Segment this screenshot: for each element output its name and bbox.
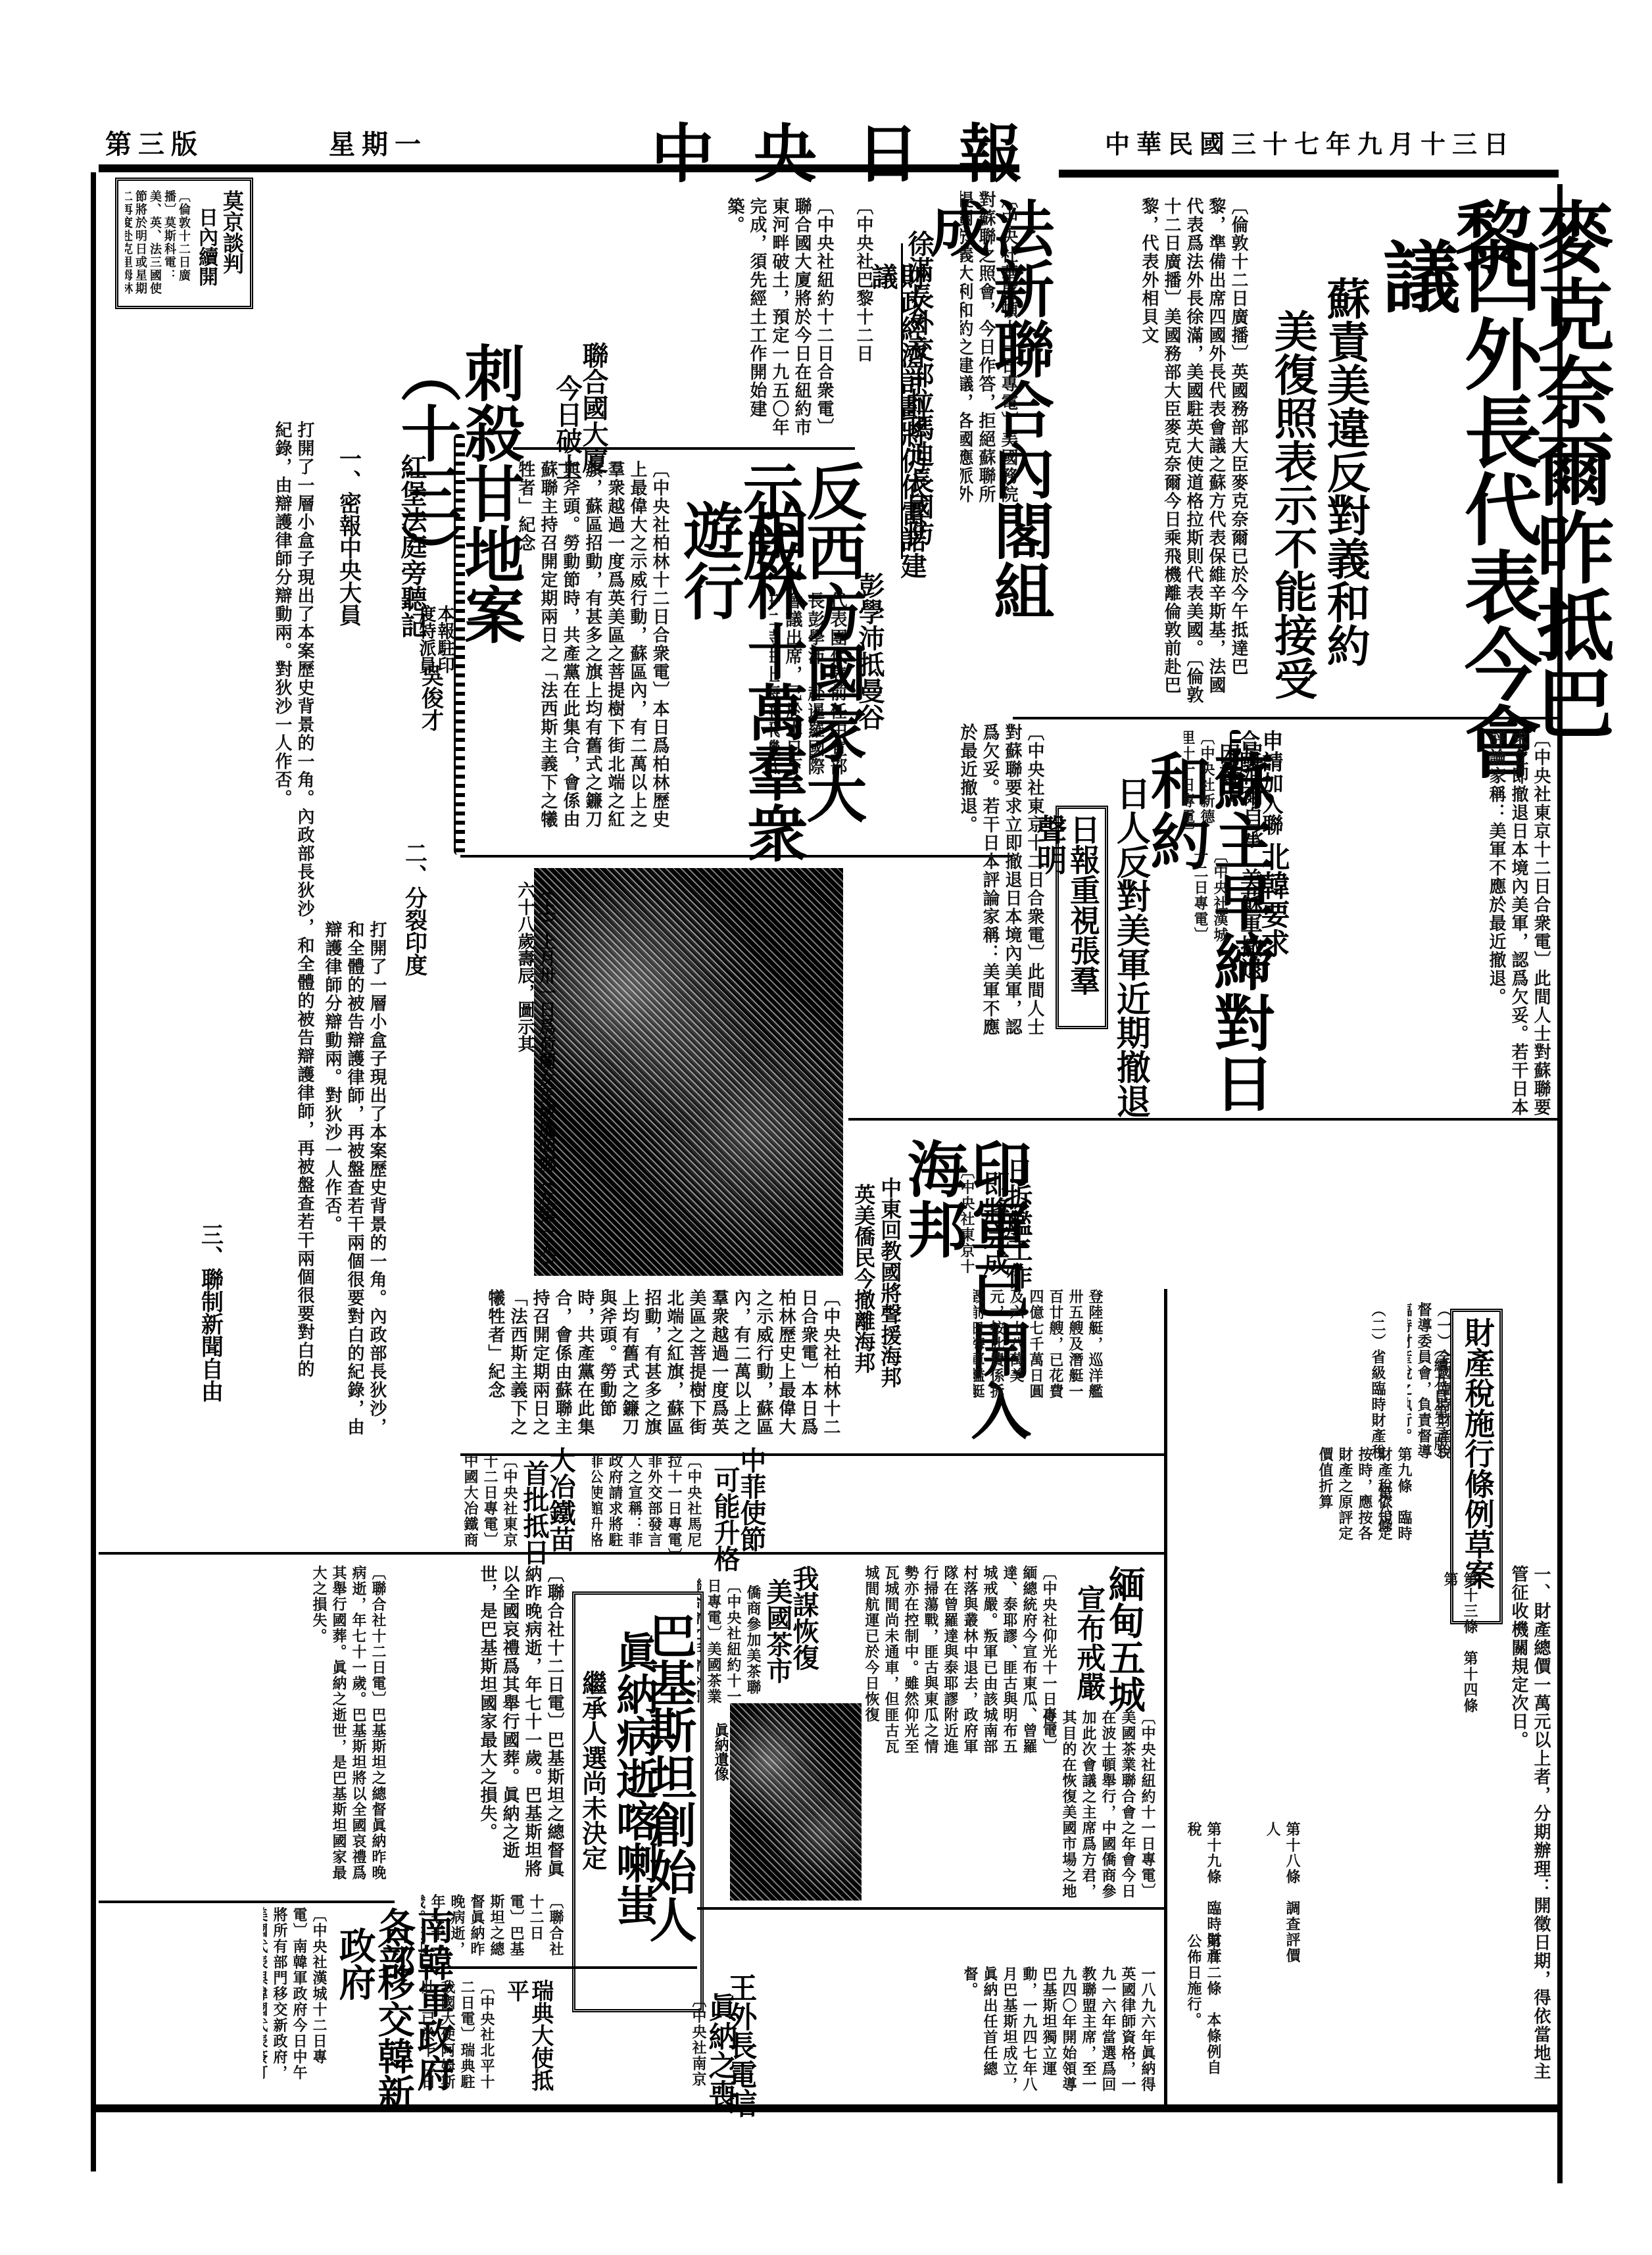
tax-item: （一）全國臨時財產稅督導委員會，負責督導臨時財產稅之執行。 xyxy=(1407,1302,1453,1460)
headline: 美國茶市 xyxy=(763,1578,792,1710)
subheadline: 蘇責美違反對義和約 xyxy=(1322,276,1367,723)
page-border-left xyxy=(91,172,96,2171)
article-body: 登陸艇，巡洋艦卅五艘及潛艇一百廿艘，已花費四億七千萬日圓及六十八萬美元，按此費係… xyxy=(973,1289,1105,1401)
byline-name: 吳俊才 xyxy=(418,664,442,769)
headline: 今移交韓新政府 xyxy=(335,1927,413,2124)
article-body: 〔聯合社十二日電〕巴基斯坦之總督眞納昨晚病逝，年七十一歲。巴基斯坦將以全國哀禮爲… xyxy=(421,1894,566,1960)
subheadline: 英美僑民今撤離海邦 xyxy=(852,1184,875,1447)
article-body: 一、財產總價一萬元以上者，分期辦理：開徵日期，得依當地主管征收機關規定次日。 xyxy=(1171,1565,1552,2091)
article-body: 〔中央社漢城十二日專電〕平壤共黨電台今日廣播稱：「韓國最高人民會 xyxy=(1190,848,1230,954)
article-body: 〔中央社柏林十二日合衆電〕本日爲柏林歷史上最偉大之示威行動，蘇區內，有二萬以上之… xyxy=(460,1289,842,1440)
headline: 日內續開 xyxy=(195,207,217,306)
photo-caption: （上）上月卅一日爲荷蘭女王威廉明娜（左第一人）六十八歲壽辰，圖示其 xyxy=(514,881,556,1289)
headline: 可能升格 xyxy=(710,1467,739,1598)
dateline: 〔中央社南京十二日電〕 xyxy=(692,1993,708,2098)
headline: 眞納之喪 xyxy=(704,1993,735,2150)
news-photo-jinnah-portrait xyxy=(730,1703,862,1901)
tax-item: （二）省級臨時財產稅 xyxy=(1368,1302,1388,1460)
divider xyxy=(513,447,855,450)
divider xyxy=(421,1966,697,1969)
headline: 美蘇軍撤退 xyxy=(1236,868,1261,1013)
weekday: 星期一 xyxy=(329,124,427,161)
article-moscow-talks: 莫京談判 日內續開 〔倫敦十二日廣播〕莫斯科電：美、英、法三國使節將於明日或星期… xyxy=(115,178,253,309)
newspaper-title: 中央日報 xyxy=(651,104,1061,194)
headline: 我謀恢復 xyxy=(789,1565,818,1697)
photo-caption: 眞納遺像 xyxy=(710,1723,731,1822)
column-divider xyxy=(454,434,465,855)
page-number: 第三版 xyxy=(105,124,204,161)
divider xyxy=(1013,717,1559,719)
article-body: 〔倫敦十二日廣播〕英國務部大臣麥克奈爾已於今午抵達巴黎，準備出席四國外長代表會議… xyxy=(1026,197,1250,710)
headline: 中菲使節 xyxy=(737,1447,765,1578)
headline: 瑞典大使抵平 xyxy=(503,1979,552,2098)
article-body: 〔中央社紐約十二日合衆電〕聯合國大廈將於今日在紐約市東河畔破土，預定一九五〇年完… xyxy=(612,197,835,447)
headline: 大冶鐵苗 xyxy=(546,1447,575,1578)
article-body: 〔中央社東京十二日合衆電〕此間人士對蘇聯要求立即撤退日本境內美軍，認爲欠妥。若干… xyxy=(848,723,1046,1052)
divider xyxy=(697,1907,1164,1910)
article-body: 〔中央社漢城十二日專電〕南韓軍政府今日中午將所有部門移交新政府，美國代表與韓國代… xyxy=(263,1907,329,2085)
publication-date: 中華民國三十七年九月十三日 xyxy=(1105,124,1515,160)
article-body: 〔中央社北平十二日電〕瑞典駐我國大使阿姆斯壯，已於十二日下午一時由京飛抵北平，外… xyxy=(421,1979,497,2098)
divider xyxy=(848,1118,1559,1121)
headline: 柏林十萬羣衆遊行 xyxy=(677,500,804,894)
headline: 法新聯合內閣組成 xyxy=(924,197,1051,644)
section-heading: 一、密報中央大員 xyxy=(335,447,360,644)
headline: 即將完成 xyxy=(980,1171,1009,1302)
subheadline: 美復照表示不能接受 xyxy=(1269,309,1315,756)
subheadline: 僑商參加美茶聯 xyxy=(743,1585,763,1716)
divider xyxy=(99,1552,1164,1555)
headline: 眞納病逝喀喇蚩 xyxy=(612,1631,656,1999)
article-body: 打開了一層小盒子現出了本案歷史背景的一角。內政部長狄沙，和全體的被告辯護律師，再… xyxy=(99,921,388,1447)
section-heading: 二、分裂印度 xyxy=(401,842,425,1000)
article-body: 〔中央社紐約十一日專電〕美國茶業聯合會之年會今日在波士頓舉行，中國僑商參加此次會… xyxy=(875,1710,1157,1901)
article-body: 〔聯合社十二日電〕巴基斯坦之總督眞納昨晚病逝，年七十一歲。巴基斯坦將以全國哀禮爲… xyxy=(99,1565,388,1887)
article-body: 〔中央社紐約十一日專電〕美國茶業聯合會之年會今日在波士頓舉行，中國僑商參加此次會… xyxy=(697,1578,743,1710)
masthead-rule-left xyxy=(99,164,1019,172)
page-border-bottom xyxy=(92,2104,1562,2112)
dateline: 〔中央社巴黎十二日合衆電〕 xyxy=(855,197,875,368)
article-body: 〔中央社新德里十一日專電〕尼泊爾政府宣傳部 xyxy=(1184,730,1217,835)
boxed-title: 日報重視張羣聲明 xyxy=(1056,806,1108,1029)
tax-item: 第九條 臨時財產稅依規定按時，應按各財產之原評定價值折算 xyxy=(1282,1447,1414,1552)
news-photo-netherlands-queen xyxy=(534,868,843,1276)
subheadline: 中東回教國將聲援海邦 xyxy=(878,1177,901,1440)
article-body: 〔聯合社十二日電〕巴基斯坦之總督眞納昨晚病逝，年七十一歲。巴基斯坦將以全國哀禮爲… xyxy=(395,1565,566,1894)
masthead-rule-right xyxy=(1059,170,1559,178)
dateline: 〔中央社東京十二日專電〕 xyxy=(957,1164,977,1276)
subheadline: 繼承人選尚未決定 xyxy=(579,1670,606,1933)
article-body: 〔倫敦十二日廣播〕莫斯科電：美、英、法三國使節將於明日或星期二再度赴克里姆林宮與… xyxy=(125,190,191,302)
article-body-right-column: 〔中央社東京十二日合衆電〕此間人士對蘇聯要求立即撤退日本境內美軍，認爲欠妥。若干… xyxy=(1289,730,1552,1125)
article-body: 一八九六年眞納得英國律師資格，一九一六年當選爲回教聯盟主席，至一九四〇年開始領導… xyxy=(756,1966,1157,2098)
article-body: 〔中央社東京十二日專電〕中國大冶鐵商七千六百噸鐵砂，已由日本船運抵日本。 xyxy=(460,1453,520,1552)
headline: 莫京談判 xyxy=(220,190,243,302)
subheadline: 財政經濟計劃將仍依雷諾建議 xyxy=(868,263,926,592)
article-body: 〔中央社馬尼拉十一日專電〕菲外交部發言人之宣稱：菲政府請求將駐菲公使館升格爲大使… xyxy=(592,1453,704,1559)
subheadline: 日人反對美軍近期撤退 xyxy=(1111,776,1149,1144)
column-divider xyxy=(1164,1289,1167,2104)
divider xyxy=(99,1901,395,1903)
